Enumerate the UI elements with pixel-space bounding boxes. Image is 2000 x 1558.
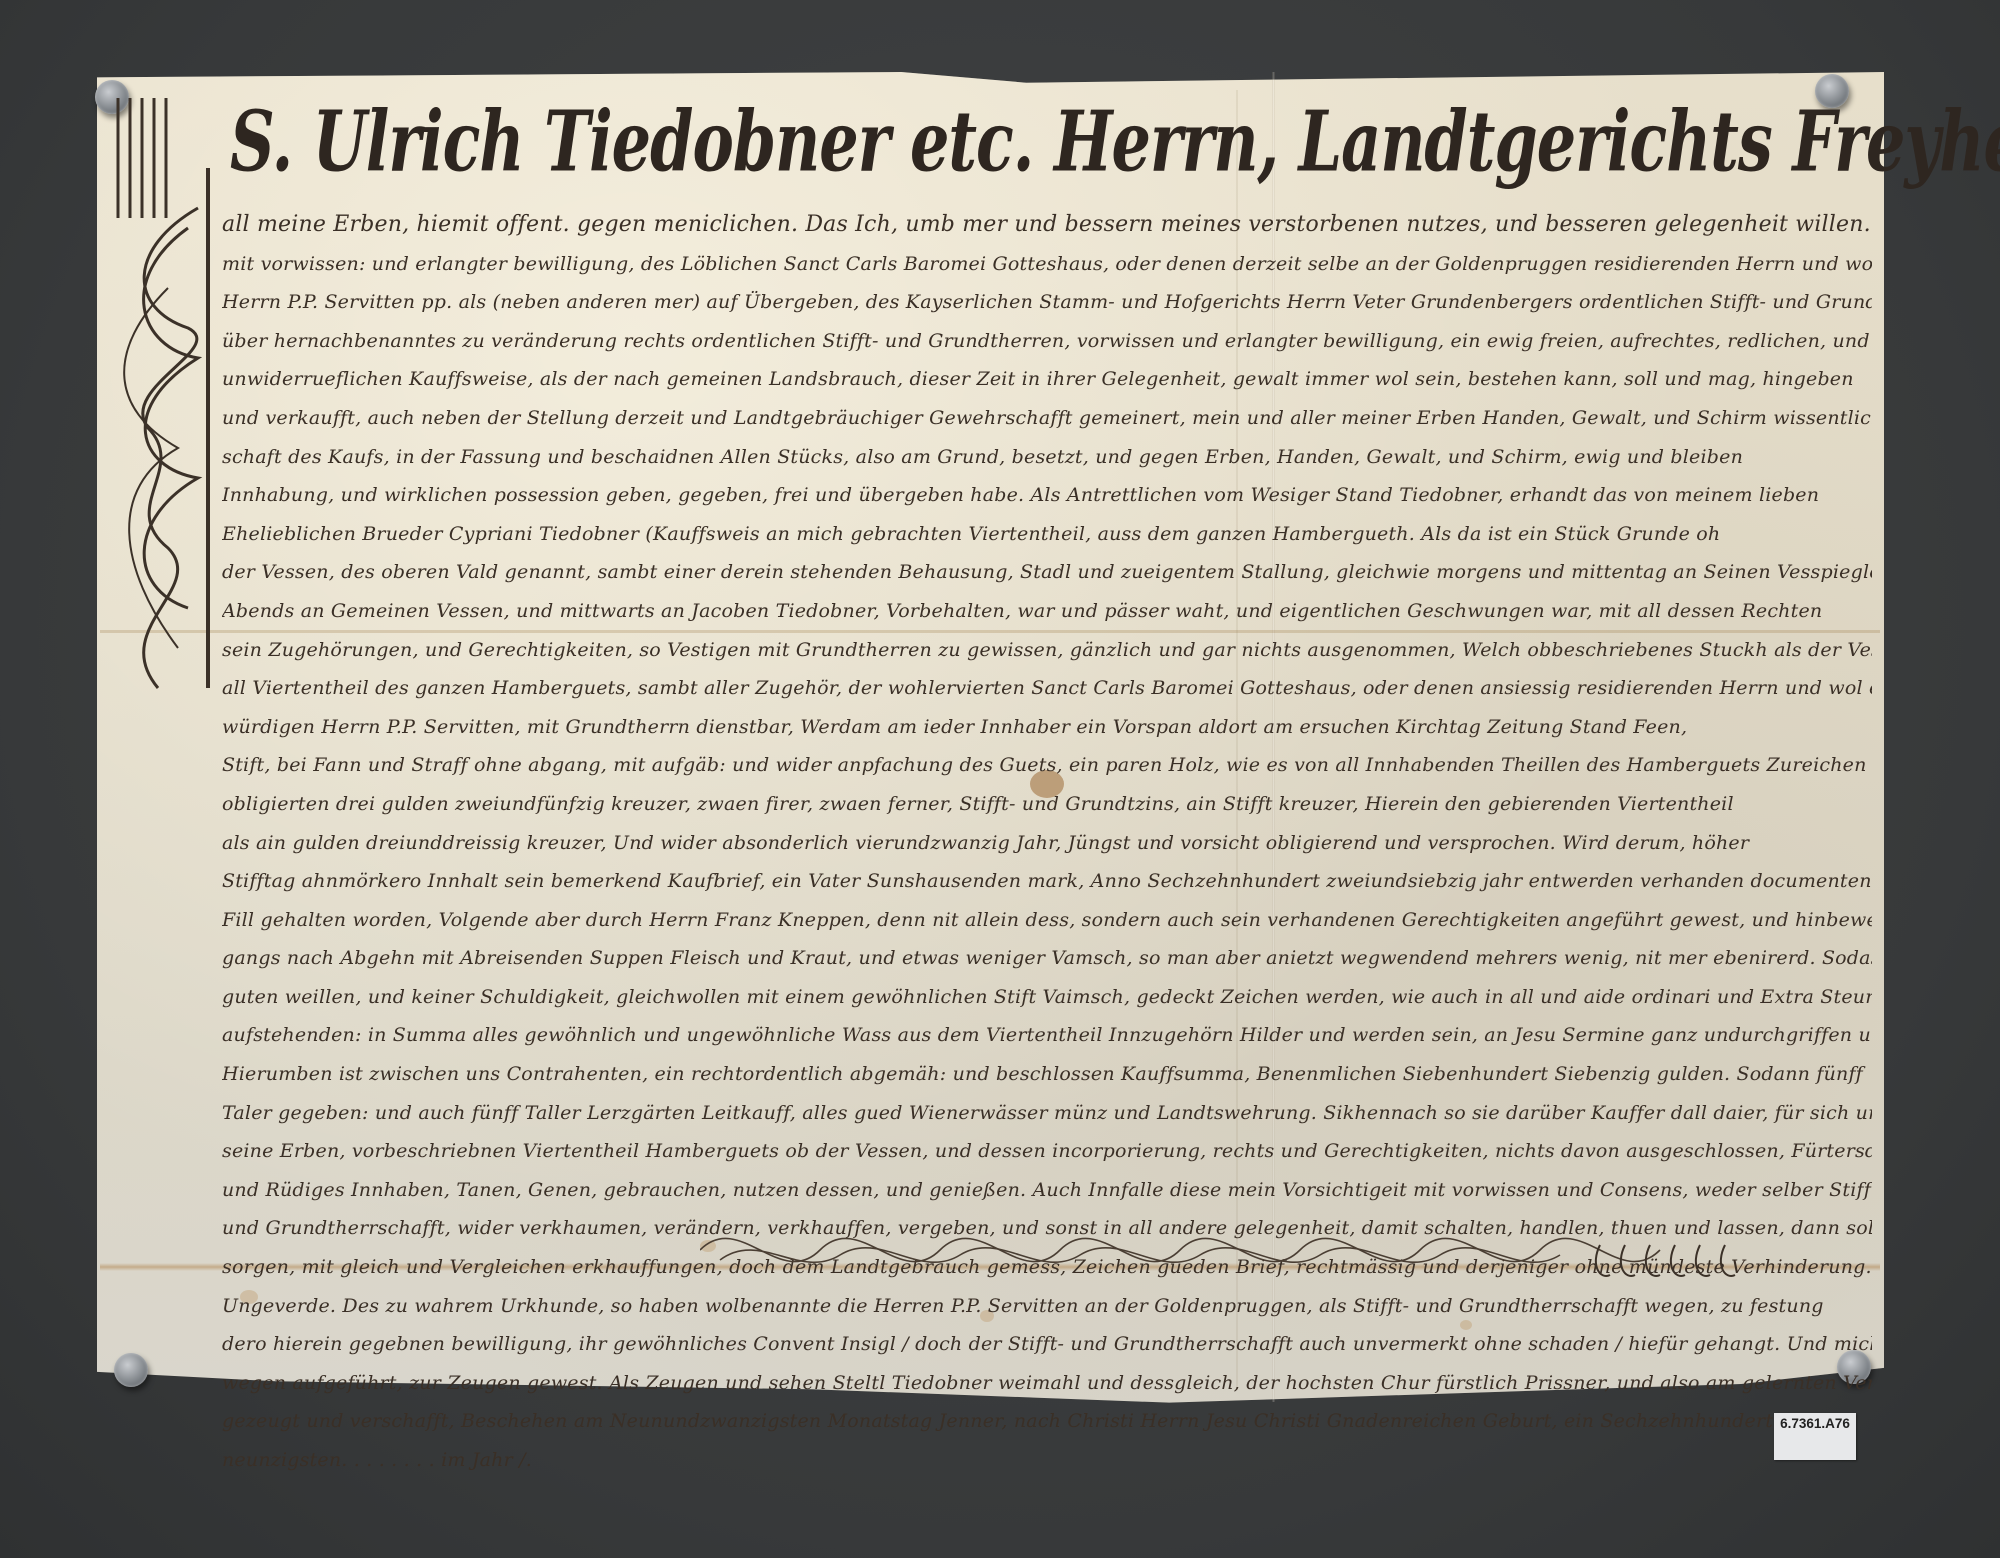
body-line: mit vorwissen: und erlangter bewilligung… xyxy=(222,245,1872,284)
body-line: sein Zugehörungen, und Gerechtigkeiten, … xyxy=(222,631,1872,670)
mounting-pin-bottom-left xyxy=(114,1353,148,1387)
body-line: Innhabung, und wirklichen possession geb… xyxy=(222,476,1872,515)
body-line: all meine Erben, hiemit offent. gegen me… xyxy=(222,206,1872,245)
decorative-initial-ornament-icon xyxy=(108,88,218,708)
body-line: gezeugt und verschafft, Beschehen am Neu… xyxy=(222,1402,1872,1441)
body-line: Taler gegeben: und auch fünff Taller Ler… xyxy=(222,1094,1872,1133)
body-line: der Vessen, des oberen Vald genannt, sam… xyxy=(222,553,1872,592)
body-line: und verkaufft, auch neben der Stellung d… xyxy=(222,399,1872,438)
document-heading: S. Ulrich Tiedobner etc. Herrn, Landtger… xyxy=(230,92,2000,191)
body-line: dero hierein gegebnen bewilligung, ihr g… xyxy=(222,1325,1872,1364)
body-line: wegen aufgeführt, zur Zeugen gewest. Als… xyxy=(222,1364,1872,1403)
body-line: gangs nach Abgehn mit Abreisenden Suppen… xyxy=(222,939,1872,978)
body-line: schaft des Kaufs, in der Fassung und bes… xyxy=(222,438,1872,477)
catalog-number-label: 6.7361.A76 xyxy=(1774,1413,1856,1460)
body-line: aufstehenden: in Summa alles gewöhnlich … xyxy=(222,1016,1872,1055)
body-line: Hierumben ist zwischen uns Contrahenten,… xyxy=(222,1055,1872,1094)
body-line: als ain gulden dreiunddreissig kreuzer, … xyxy=(222,824,1872,863)
body-line: Ehelieblichen Brueder Cypriani Tiedobner… xyxy=(222,515,1872,554)
closing-flourish-icon xyxy=(700,1210,1740,1290)
body-line: Stift, bei Fann und Straff ohne abgang, … xyxy=(222,746,1872,785)
body-line: Abends an Gemeinen Vessen, und mittwarts… xyxy=(222,592,1872,631)
body-line: und Rüdiges Innhaben, Tanen, Genen, gebr… xyxy=(222,1171,1872,1210)
body-line: seine Erben, vorbeschriebnen Viertenthei… xyxy=(222,1132,1872,1171)
body-line: über hernachbenanntes zu veränderung rec… xyxy=(222,322,1872,361)
body-line: unwiderrueflichen Kauffsweise, als der n… xyxy=(222,360,1872,399)
body-line: Herrn P.P. Servitten pp. als (neben ande… xyxy=(222,283,1872,322)
body-line: obligierten drei gulden zweiundfünfzig k… xyxy=(222,785,1872,824)
body-line: Ungeverde. Des zu wahrem Urkhunde, so ha… xyxy=(222,1287,1872,1326)
body-line: guten weillen, und keiner Schuldigkeit, … xyxy=(222,978,1872,1017)
body-line: all Viertentheil des ganzen Hamberguets,… xyxy=(222,669,1872,708)
body-line: neunzigsten. . . . . . . . im Jahr /. xyxy=(222,1441,1872,1480)
body-line: würdigen Herrn P.P. Servitten, mit Grund… xyxy=(222,708,1872,747)
body-line: Stifftag ahnmörkero Innhalt sein bemerke… xyxy=(222,862,1872,901)
body-line: Fill gehalten worden, Volgende aber durc… xyxy=(222,901,1872,940)
signature-loops-icon xyxy=(1590,1235,1740,1285)
